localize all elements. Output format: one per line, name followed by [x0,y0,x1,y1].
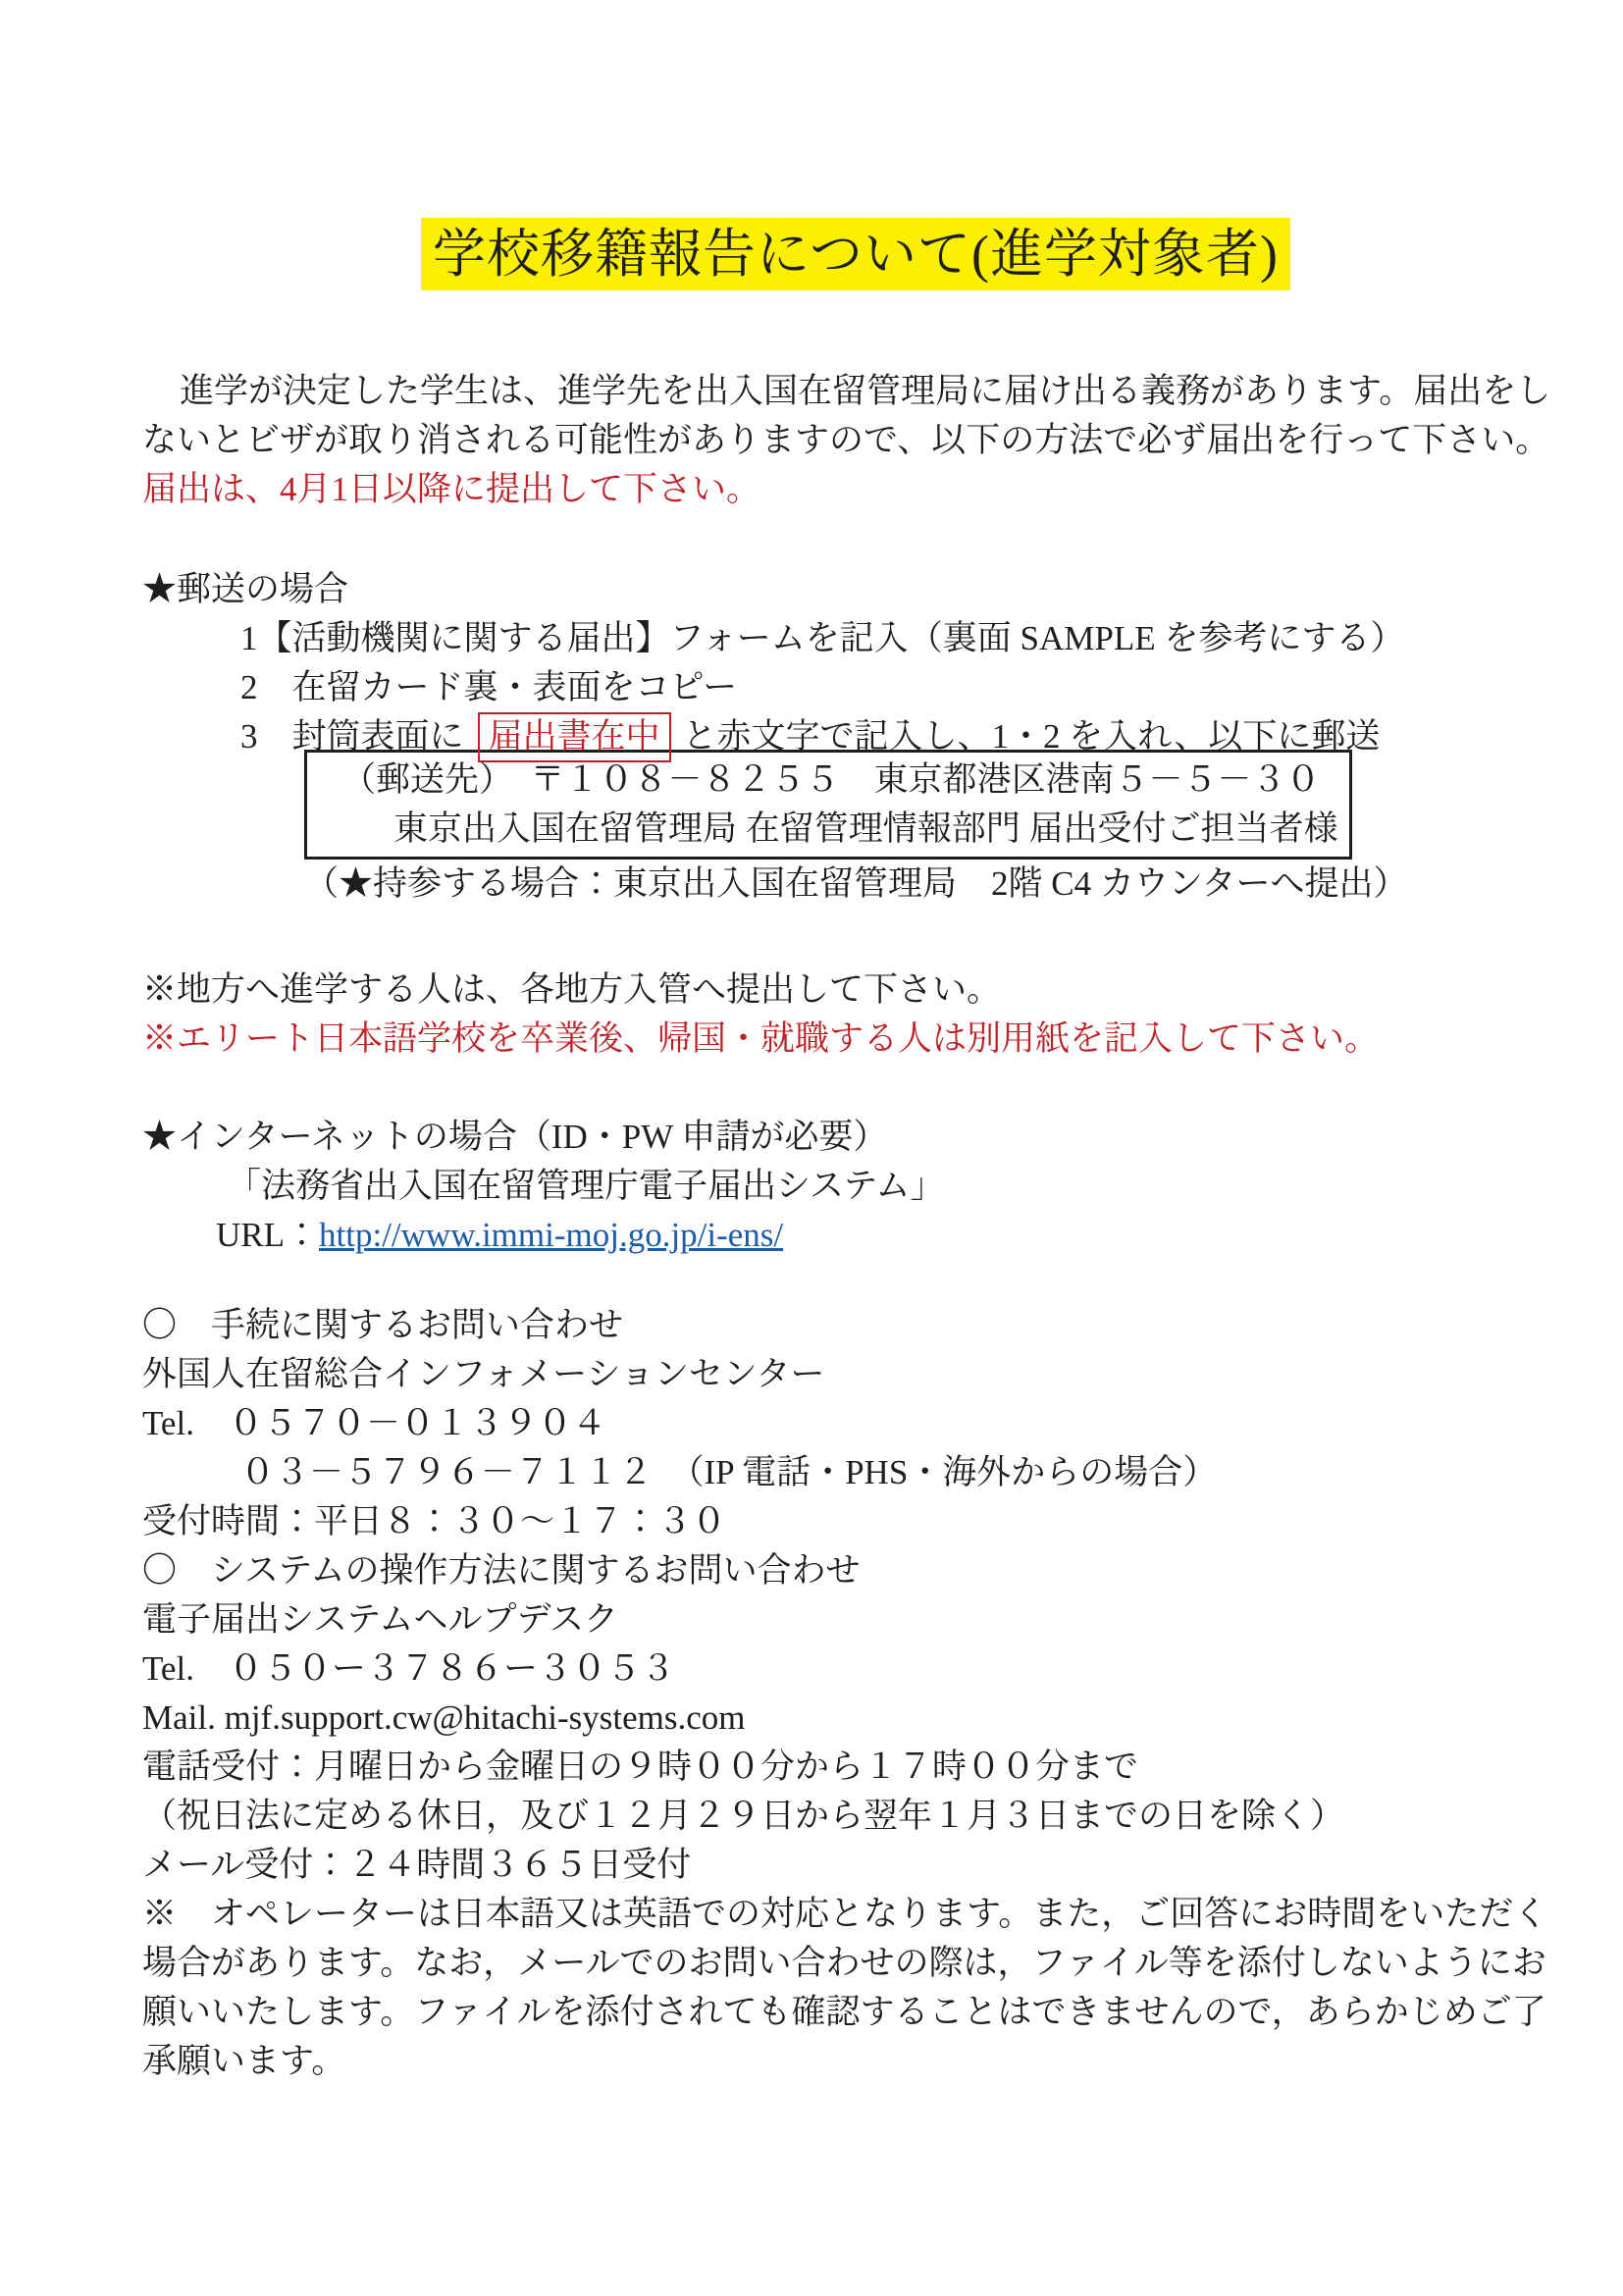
bring-in-person-note: （★持参する場合：東京出入国在留管理局 2階 C4 カウンターへ提出） [142,860,1569,909]
phone-reception-hours: 電話受付：月曜日から金曜日の９時００分から１７時００分まで [142,1743,1569,1792]
mail-reception-hours: メール受付：２４時間３６５日受付 [142,1841,1569,1890]
phone-reception-hours-note: （祝日法に定める休日，及び１２月２９日から翌年１月３日までの日を除く） [142,1792,1569,1841]
url-label: URL： [216,1216,319,1254]
mail-step-3-prefix: 3 封筒表面に [240,717,464,756]
procedure-inquiry-heading: 〇 手続に関するお問い合わせ [142,1301,1569,1350]
helpdesk-name: 電子届出システムヘルプデスク [142,1595,1569,1644]
mailing-address-line: （郵送先） 〒１０８－８２５５ 東京都港区港南５－５－３０ [307,756,1349,805]
helpdesk-tel: Tel. ０５０ー３７８６ー３０５３ [142,1644,1569,1694]
mail-step-3: 3 封筒表面に届出書在中と赤文字で記入し、1・2 を入れ、以下に郵送 [142,712,1569,761]
mail-step-1: 1【活動機関に関する届出】フォームを記入（裏面 SAMPLE を参考にする） [142,614,1569,663]
e-notification-system-name: 「法務省出入国在留管理庁電子届出システム」 [142,1162,1569,1211]
helpdesk-mail: Mail. mjf.support.cw@hitachi-systems.com [142,1694,1569,1743]
intro-line: ないとビザが取り消される可能性がありますので、以下の方法で必ず届出を行って下さい… [142,416,1569,465]
elite-school-note: ※エリート日本語学校を卒業後、帰国・就職する人は別用紙を記入して下さい。 [142,1015,1569,1064]
operator-note-line: 場合があります。なお，メールでのお問い合わせの際は，ファイル等を添付しないように… [142,1939,1569,1988]
mail-section-heading: ★郵送の場合 [142,565,1569,614]
document-page: 学校移籍報告について(進学対象者) 進学が決定した学生は、進学先を出入国在留管理… [0,0,1623,2296]
mailing-address-box: （郵送先） 〒１０８－８２５５ 東京都港区港南５－５－３０ 東京出入国在留管理局… [304,750,1352,860]
deadline-note: 届出は、4月1日以降に提出して下さい。 [142,465,1569,514]
operator-note-line: 願いいたします。ファイルを添付されても確認することはできませんので，あらかじめご… [142,1988,1569,2037]
tel-secondary: ０３－５７９６－７１１２ （IP 電話・PHS・海外からの場合） [142,1448,1569,1497]
intro-paragraph: 進学が決定した学生は、進学先を出入国在留管理局に届け出る義務があります。届出をし… [142,367,1569,514]
mail-step-3-suffix: と赤文字で記入し、1・2 を入れ、以下に郵送 [683,717,1381,756]
mail-step-2: 2 在留カード裏・表面をコピー [142,663,1569,712]
information-center-name: 外国人在留総合インフォメーションセンター [142,1350,1569,1399]
intro-line: 進学が決定した学生は、進学先を出入国在留管理局に届け出る義務があります。届出をし [142,367,1569,416]
url-link[interactable]: http://www.immi-moj.go.jp/i-ens/ [319,1216,783,1254]
tel-primary: Tel. ０５７０－０１３９０４ [142,1399,1569,1448]
system-inquiry-heading: 〇 システムの操作方法に関するお問い合わせ [142,1546,1569,1595]
url-line: URL：http://www.immi-moj.go.jp/i-ens/ [142,1211,1569,1260]
reception-hours: 受付時間：平日８：３０～１７：３０ [142,1497,1569,1546]
title-row: 学校移籍報告について(進学対象者) [142,218,1569,290]
page-title: 学校移籍報告について(進学対象者) [421,218,1290,290]
operator-note-line: 承願います。 [142,2037,1569,2086]
internet-section-heading: ★インターネットの場合（ID・PW 申請が必要） [142,1113,1569,1162]
mailing-address-line: 東京出入国在留管理局 在留管理情報部門 届出受付ご担当者様 [307,805,1349,854]
operator-note-line: ※ オペレーターは日本語又は英語での対応となります。また，ご回答にお時間をいただ… [142,1890,1569,1939]
regional-immigration-note: ※地方へ進学する人は、各地方入管へ提出して下さい。 [142,965,1569,1015]
